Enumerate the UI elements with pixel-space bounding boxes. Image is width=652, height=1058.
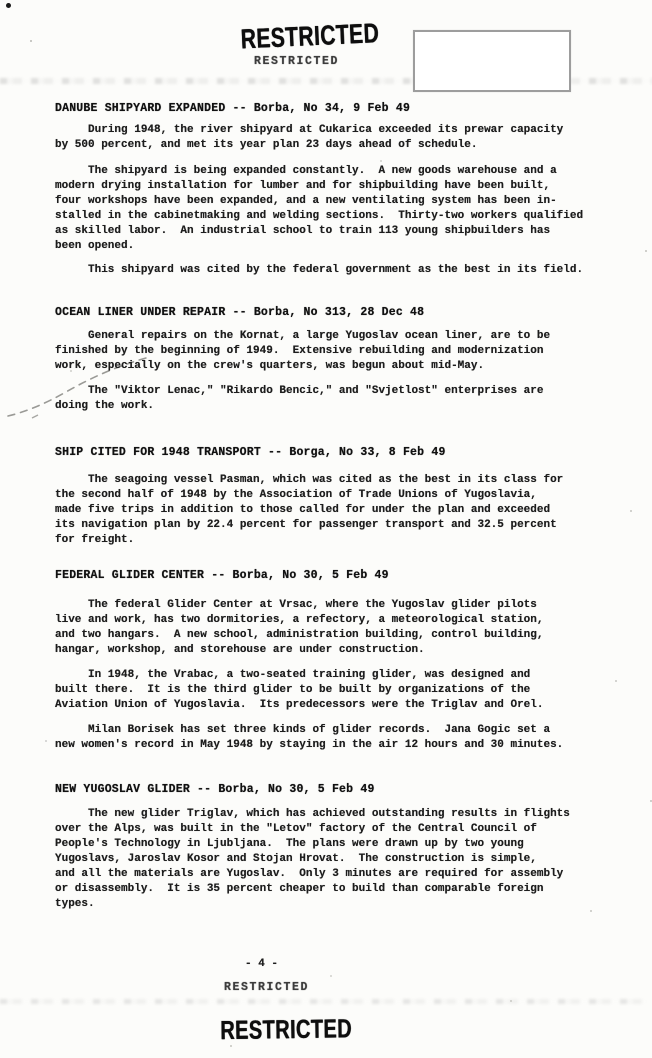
classification-typed-bottom: RESTRICTED [224, 981, 309, 994]
paragraph: Milan Borisek has set three kinds of gli… [55, 723, 563, 753]
paragraph: In 1948, the Vrabac, a two-seated traini… [55, 668, 543, 713]
section-heading: OCEAN LINER UNDER REPAIR -- Borba, No 31… [55, 305, 424, 320]
paragraph: This shipyard was cited by the federal g… [55, 263, 583, 278]
scanned-document-page: { "page": { "top_stamp": "RESTRICTED", "… [0, 0, 652, 1058]
section-heading: NEW YUGOSLAV GLIDER -- Borba, No 30, 5 F… [55, 782, 375, 797]
page-number: - 4 - [245, 957, 278, 972]
scan-noise-speckles [30, 40, 32, 42]
scan-artifact-dot [6, 3, 11, 8]
section-heading: SHIP CITED FOR 1948 TRANSPORT -- Borga, … [55, 445, 446, 460]
section-heading: FEDERAL GLIDER CENTER -- Borba, No 30, 5… [55, 568, 389, 583]
scan-smudge-band-bottom [0, 999, 648, 1004]
declassification-stamp-box [413, 30, 571, 92]
classification-typed-top: RESTRICTED [254, 55, 339, 68]
paragraph: General repairs on the Kornat, a large Y… [55, 329, 550, 374]
classification-stamp-bottom: RESTRICTED [220, 1014, 352, 1046]
paragraph: The seagoing vessel Pasman, which was ci… [55, 473, 563, 548]
classification-stamp-top: RESTRICTED [240, 18, 380, 56]
paragraph: During 1948, the river shipyard at Cukar… [55, 123, 563, 153]
paragraph: The "Viktor Lenac," "Rikardo Bencic," an… [55, 384, 543, 414]
paragraph: The new glider Triglav, which has achiev… [55, 807, 570, 912]
paragraph: The federal Glider Center at Vrsac, wher… [55, 598, 543, 658]
section-heading: DANUBE SHIPYARD EXPANDED -- Borba, No 34… [55, 101, 410, 116]
paragraph: The shipyard is being expanded constantl… [55, 164, 583, 254]
